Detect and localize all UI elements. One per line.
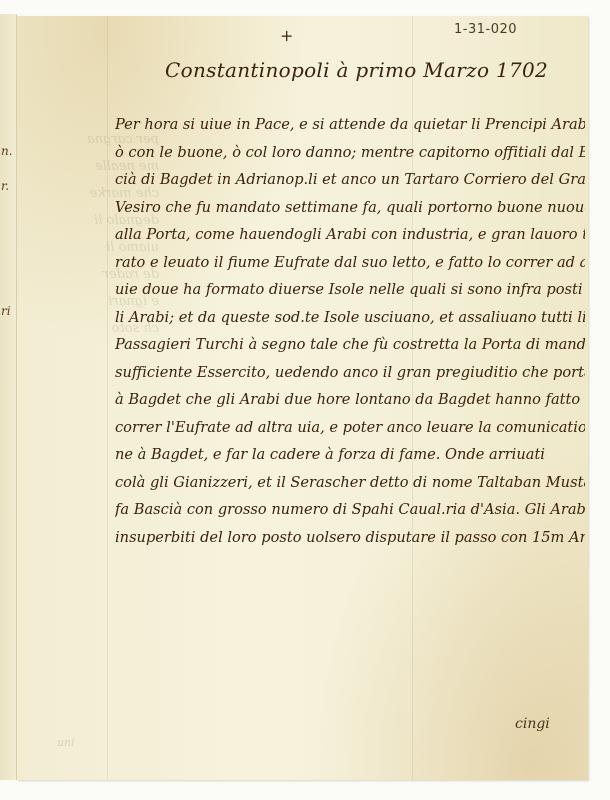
archive-number: 1-31-020 bbox=[454, 22, 517, 37]
text-line: Passagieri Turchi à segno tale che fù co… bbox=[115, 331, 585, 359]
text-line: Per hora si uiue in Pace, e si attende d… bbox=[115, 111, 585, 139]
margin-mark: r. bbox=[1, 179, 9, 193]
text-line: ò con le buone, ò col loro danno; mentre… bbox=[115, 139, 585, 167]
text-line: rato e leuato il fiume Eufrate dal suo l… bbox=[115, 249, 585, 277]
cross-mark: + bbox=[280, 26, 293, 45]
text-line: à Bagdet che gli Arabi due hore lontano … bbox=[115, 386, 585, 414]
manuscript-page: per cargname nealleche markedegnalo liui… bbox=[17, 16, 588, 780]
bleed-through-text: uni bbox=[57, 736, 75, 749]
catchword: cingi bbox=[515, 716, 550, 732]
text-line: sufficiente Essercito, uedendo anco il g… bbox=[115, 359, 585, 387]
text-line: ne à Bagdet, e far la cadere à forza di … bbox=[115, 441, 585, 469]
text-line: insuperbiti del loro posto uolsero dispu… bbox=[115, 524, 585, 552]
text-line: cià di Bagdet in Adrianop.li et anco un … bbox=[115, 166, 585, 194]
margin-mark: ri bbox=[1, 304, 11, 318]
text-line: li Arabi; et da queste sod.te Isole usci… bbox=[115, 304, 585, 332]
text-line: colà gli Gianizzeri, et il Serascher det… bbox=[115, 469, 585, 497]
text-line: alla Porta, come hauendogli Arabi con in… bbox=[115, 221, 585, 249]
text-line: correr l'Eufrate ad altra uia, e poter a… bbox=[115, 414, 585, 442]
letter-heading: Constantinopoli à primo Marzo 1702 bbox=[165, 58, 548, 82]
adjacent-page-edge: n. r. ri bbox=[0, 14, 17, 780]
text-line: uie doue ha formato diuerse Isole nelle … bbox=[115, 276, 585, 304]
text-line: fa Bascià con grosso numero di Spahi Cau… bbox=[115, 496, 585, 524]
margin-mark: n. bbox=[1, 144, 13, 158]
text-line: Vesiro che fu mandato settimane fa, qual… bbox=[115, 194, 585, 222]
letter-body: Per hora si uiue in Pace, e si attende d… bbox=[115, 111, 585, 551]
